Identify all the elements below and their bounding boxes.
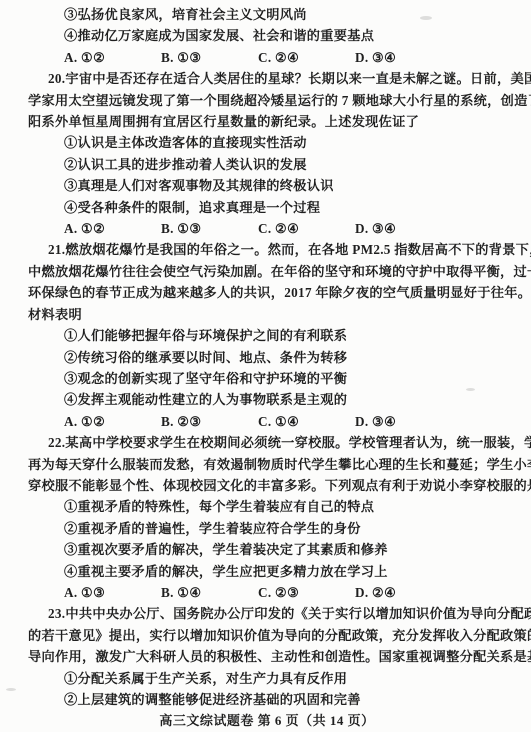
answer-row: A. ①② B. ①③ C. ②④ D. ③④ <box>28 47 506 68</box>
answer-choice-d: D. ③④ <box>355 218 396 239</box>
option-line: ④发挥主观能动性建立的人为事物联系是主观的 <box>28 389 506 410</box>
answer-choice-a: A. ①③ <box>64 582 161 603</box>
answer-choice-d: D. ②④ <box>355 582 396 603</box>
option-line: ③真理是人们对客观事物及其规律的终极认识 <box>28 175 506 196</box>
question-stem-line: 再为每天穿什么服装而发愁，有效遏制物质时代学生攀比心理的生长和蔓延；学生小李却抱… <box>28 454 506 475</box>
answer-choice-a: A. ①② <box>64 47 161 68</box>
option-line: ③弘扬优良家风，培育社会主义文明风尚 <box>28 4 506 25</box>
question-stem-line: 23.中共中央办公厅、国务院办公厅印发的《关于实行以增加知识价值为导向分配政策 <box>28 603 506 624</box>
option-line: ①人们能够把握年俗与环境保护之间的有利联系 <box>28 325 506 346</box>
option-line: ④重视主要矛盾的解决，学生应把更多精力放在学习上 <box>28 561 506 582</box>
answer-row: A. ①② B. ①③ C. ②④ D. ③④ <box>28 218 506 239</box>
question-stem-line: 21.燃放烟花爆竹是我国的年俗之一。然而，在各地 PM2.5 指数居高不下的背景… <box>28 239 506 260</box>
option-line: ③观念的创新实现了坚守年俗和守护环境的平衡 <box>28 368 506 389</box>
answer-choice-a: A. ①② <box>64 218 161 239</box>
question-stem-line: 20.宇宙中是否还存在适合人类居住的星球？长期以来一直是未解之谜。日前，美国科 <box>28 68 506 89</box>
scan-smudge <box>6 688 16 691</box>
answer-choice-b: B. ①③ <box>161 218 258 239</box>
option-line: ②重视矛盾的普遍性，学生着装应符合学生的身份 <box>28 518 506 539</box>
exam-paper-page: ③弘扬优良家风，培育社会主义文明风尚 ④推动亿万家庭成为国家发展、社会和谐的重要… <box>0 0 531 732</box>
stem-text: 环保绿色的春节正成为越来越多人的共识，2017 年除夕夜的空气质量明显好于往年。 <box>28 285 531 300</box>
answer-choice-d: D. ③④ <box>355 411 396 432</box>
option-line: ①重视矛盾的特殊性，每个学生着装应有自己的特点 <box>28 496 506 517</box>
page-content: ③弘扬优良家风，培育社会主义文明风尚 ④推动亿万家庭成为国家发展、社会和谐的重要… <box>28 4 506 732</box>
answer-choice-d: D. ③④ <box>355 47 396 68</box>
answer-choice-b: B. ①④ <box>161 582 258 603</box>
question-stem-line: 环保绿色的春节正成为越来越多人的共识，2017 年除夕夜的空气质量明显好于往年。… <box>28 282 506 303</box>
question-stem-line: 阳系外单恒星周围拥有宜居区行星数量的新纪录。上述发现佐证了 <box>28 111 506 132</box>
option-line: ④推动亿万家庭成为国家发展、社会和谐的重要基点 <box>28 25 506 46</box>
question-stem-line: 中燃放烟花爆竹往往会使空气污染加剧。在年俗的坚守和环境的守护中取得平衡，过一个 <box>28 261 506 282</box>
answer-choice-c: C. ②④ <box>258 47 355 68</box>
question-stem-line: 导向作用，激发广大科研人员的积极性、主动性和创造性。国家重视调整分配关系是基于 <box>28 646 506 667</box>
option-line: ③重视次要矛盾的解决，学生着装决定了其素质和修养 <box>28 539 506 560</box>
answer-choice-c: C. ②③ <box>258 582 355 603</box>
answer-choice-b: B. ①③ <box>161 47 258 68</box>
question-stem-line: 材料表明 <box>28 304 506 325</box>
option-line: ②上层建筑的调整能够促进经济基础的巩固和完善 <box>28 689 506 710</box>
question-stem-line: 穿校服不能彰显个性、体现校园文化的丰富多彩。下列观点有利于劝说小李穿校服的是 <box>28 475 506 496</box>
option-line: ④受各种条件的限制，追求真理是一个过程 <box>28 197 506 218</box>
option-line: ①认识是主体改造客体的直接现实性活动 <box>28 132 506 153</box>
answer-choice-a: A. ①② <box>64 411 161 432</box>
page-footer: 高三文综试题卷 第 6 页（共 14 页） <box>28 710 506 731</box>
option-line: ②传统习俗的继承要以时间、地点、条件为转移 <box>28 347 506 368</box>
answer-choice-c: C. ①④ <box>258 411 355 432</box>
question-stem-line: 22.某高中学校要求学生在校期间必须统一穿校服。学校管理者认为，统一服装，学生不 <box>28 432 506 453</box>
answer-row: A. ①③ B. ①④ C. ②③ D. ②④ <box>28 582 506 603</box>
option-line: ②认识工具的进步推动着人类认识的发展 <box>28 154 506 175</box>
answer-choice-b: B. ②③ <box>161 411 258 432</box>
option-line: ①分配关系属于生产关系，对生产力具有反作用 <box>28 668 506 689</box>
question-stem-line: 的若干意见》提出，实行以增加知识价值为导向的分配政策，充分发挥收入分配政策的激励 <box>28 625 506 646</box>
question-stem-line: 学家用太空望远镜发现了第一个围绕超冷矮星运行的 7 颗地球大小行星的系统，创造了… <box>28 90 506 111</box>
answer-choice-c: C. ②④ <box>258 218 355 239</box>
answer-row: A. ①② B. ②③ C. ①④ D. ③④ <box>28 411 506 432</box>
